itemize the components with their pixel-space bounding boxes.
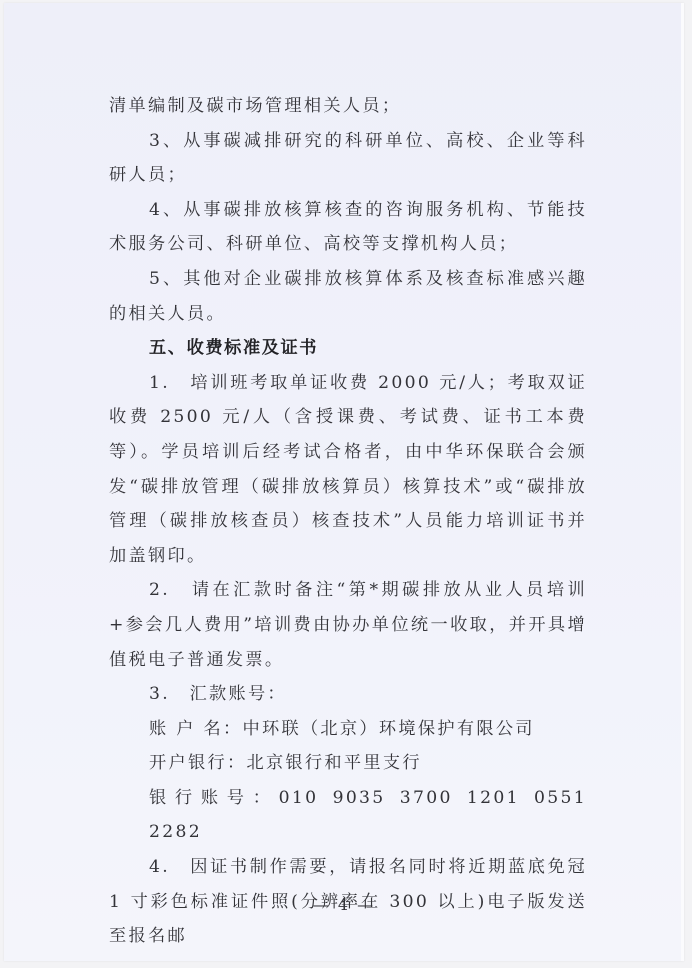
account-name-label: 账 户 名： [149, 719, 242, 739]
list-item-5: 5、其他对企业碳排放核算体系及核查标准感兴趣的相关人员。 [109, 262, 587, 331]
page-number: — 4 — [4, 895, 684, 914]
account-number-label: 银行账号： [149, 788, 279, 808]
account-bank-value: 北京银行和平里支行 [246, 753, 421, 773]
account-number-row: 银行账号：010 9035 3700 1201 0551 2282 [109, 781, 587, 850]
account-bank-row: 开户银行：北京银行和平里支行 [109, 746, 587, 781]
document-body: 清单编制及碳市场管理相关人员； 3、从事碳减排研究的科研单位、高校、企业等科研人… [109, 89, 587, 954]
account-name-row: 账 户 名：中环联（北京）环境保护有限公司 [109, 712, 587, 747]
section-heading-fees: 五、收费标准及证书 [109, 331, 587, 366]
fee-item-3: 3. 汇款账号： [109, 677, 587, 712]
list-item-4: 4、从事碳排放核算核查的咨询服务机构、节能技术服务公司、科研单位、高校等支撑机构… [109, 193, 587, 262]
fee-item-1: 1. 培训班考取单证收费 2000 元/人；考取双证收费 2500 元/人（含授… [109, 366, 587, 574]
document-page: 清单编制及碳市场管理相关人员； 3、从事碳减排研究的科研单位、高校、企业等科研人… [4, 3, 684, 961]
account-name-value: 中环联（北京）环境保护有限公司 [242, 719, 534, 739]
list-item-3: 3、从事碳减排研究的科研单位、高校、企业等科研人员； [109, 124, 587, 193]
fee-item-2: 2. 请在汇款时备注“第*期碳排放从业人员培训+参会几人费用”培训费由协办单位统… [109, 573, 587, 677]
paragraph-continued: 清单编制及碳市场管理相关人员； [109, 89, 587, 124]
account-bank-label: 开户银行： [149, 753, 246, 773]
